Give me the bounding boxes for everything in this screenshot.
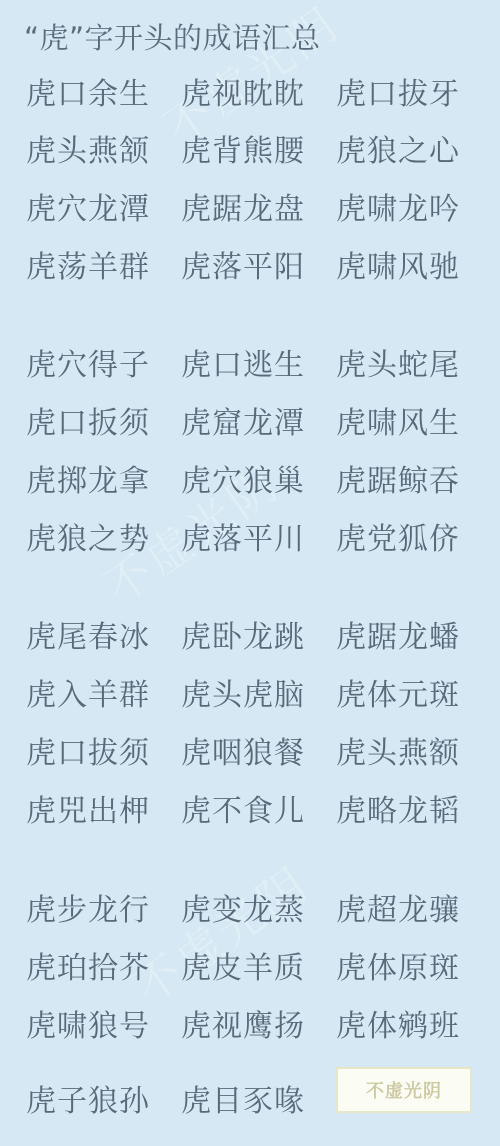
idiom-row: 虎步龙行 虎变龙蒸 虎超龙骧: [26, 891, 486, 931]
idiom: 虎入羊群: [26, 676, 150, 716]
idiom: 虎踞龙盘: [181, 190, 305, 230]
idiom: 虎尾春冰: [26, 618, 150, 658]
idiom: 虎口扳须: [26, 404, 150, 444]
idiom: 虎视眈眈: [181, 75, 305, 115]
idiom: 虎狼之心: [336, 132, 460, 172]
idiom-row: 虎尾春冰 虎卧龙跳 虎踞龙蟠: [26, 618, 486, 658]
idiom: 虎体鹓班: [336, 1007, 460, 1047]
idiom: 虎口余生: [26, 75, 150, 115]
idiom-row: 虎头燕颔 虎背熊腰 虎狼之心: [26, 132, 486, 172]
idiom: 虎珀拾芥: [26, 949, 150, 989]
idiom: 虎咽狼餐: [181, 734, 305, 774]
idiom: 虎兕出柙: [26, 792, 150, 832]
idiom: 虎狼之势: [26, 520, 150, 560]
idiom: 虎不食儿: [181, 792, 305, 832]
idiom: 虎党狐侪: [336, 520, 460, 560]
idiom: 虎头蛇尾: [336, 346, 460, 386]
idiom: 虎视鹰扬: [181, 1007, 305, 1047]
idiom: 虎啸风生: [336, 404, 460, 444]
idiom: 虎步龙行: [26, 891, 150, 931]
idiom-row: 虎荡羊群 虎落平阳 虎啸风驰: [26, 248, 486, 288]
idiom-row: 虎口拔须 虎咽狼餐 虎头燕额: [26, 734, 486, 774]
idiom: 虎口逃生: [181, 346, 305, 386]
idiom-row: 虎掷龙拿 虎穴狼巢 虎踞鲸吞: [26, 462, 486, 502]
idiom-row: 虎入羊群 虎头虎脑 虎体元斑: [26, 676, 486, 716]
idiom: 虎变龙蒸: [181, 891, 305, 931]
idiom: 虎体元斑: [336, 676, 460, 716]
idiom: 虎穴龙潭: [26, 190, 150, 230]
idiom: 虎荡羊群: [26, 248, 150, 288]
idiom: 虎略龙韬: [336, 792, 460, 832]
idiom: 虎穴狼巢: [181, 462, 305, 502]
idiom-row: 虎狼之势 虎落平川 虎党狐侪: [26, 520, 486, 560]
idiom-row: 虎啸狼号 虎视鹰扬 虎体鹓班: [26, 1007, 486, 1047]
idiom: 虎啸狼号: [26, 1007, 150, 1047]
idiom: 虎头燕颔: [26, 132, 150, 172]
idiom: 虎掷龙拿: [26, 462, 150, 502]
signature-stamp: 不虚光阴: [336, 1067, 472, 1113]
idiom: 虎踞龙蟠: [336, 618, 460, 658]
idiom-row: 虎口扳须 虎窟龙潭 虎啸风生: [26, 404, 486, 444]
idiom: 虎子狼孙: [26, 1082, 150, 1122]
idiom: 虎皮羊质: [181, 949, 305, 989]
idiom-row: 虎口余生 虎视眈眈 虎口拔牙: [26, 75, 486, 115]
idiom: 虎卧龙跳: [181, 618, 305, 658]
idiom: 虎窟龙潭: [181, 404, 305, 444]
idiom-row: 虎珀拾芥 虎皮羊质 虎体原斑: [26, 949, 486, 989]
idiom-row: 虎穴得子 虎口逃生 虎头蛇尾: [26, 346, 486, 386]
idiom: 虎落平阳: [181, 248, 305, 288]
idiom: 虎啸风驰: [336, 248, 460, 288]
idiom: 虎体原斑: [336, 949, 460, 989]
idiom-row: 虎兕出柙 虎不食儿 虎略龙韬: [26, 792, 486, 832]
idiom: 虎啸龙吟: [336, 190, 460, 230]
idiom: 虎口拔须: [26, 734, 150, 774]
idiom: 虎口拔牙: [336, 75, 460, 115]
idiom: 虎头虎脑: [181, 676, 305, 716]
idiom: 虎头燕额: [336, 734, 460, 774]
idiom: 虎目豕喙: [181, 1082, 305, 1122]
page-title: “虎”字开头的成语汇总: [24, 16, 321, 57]
idiom: 虎超龙骧: [336, 891, 460, 931]
idiom: 虎落平川: [181, 520, 305, 560]
idiom: 虎穴得子: [26, 346, 150, 386]
watermark: 不虚光阴: [119, 849, 321, 1018]
idiom: 虎踞鲸吞: [336, 462, 460, 502]
idiom: 虎背熊腰: [181, 132, 305, 172]
idiom-row: 虎穴龙潭 虎踞龙盘 虎啸龙吟: [26, 190, 486, 230]
